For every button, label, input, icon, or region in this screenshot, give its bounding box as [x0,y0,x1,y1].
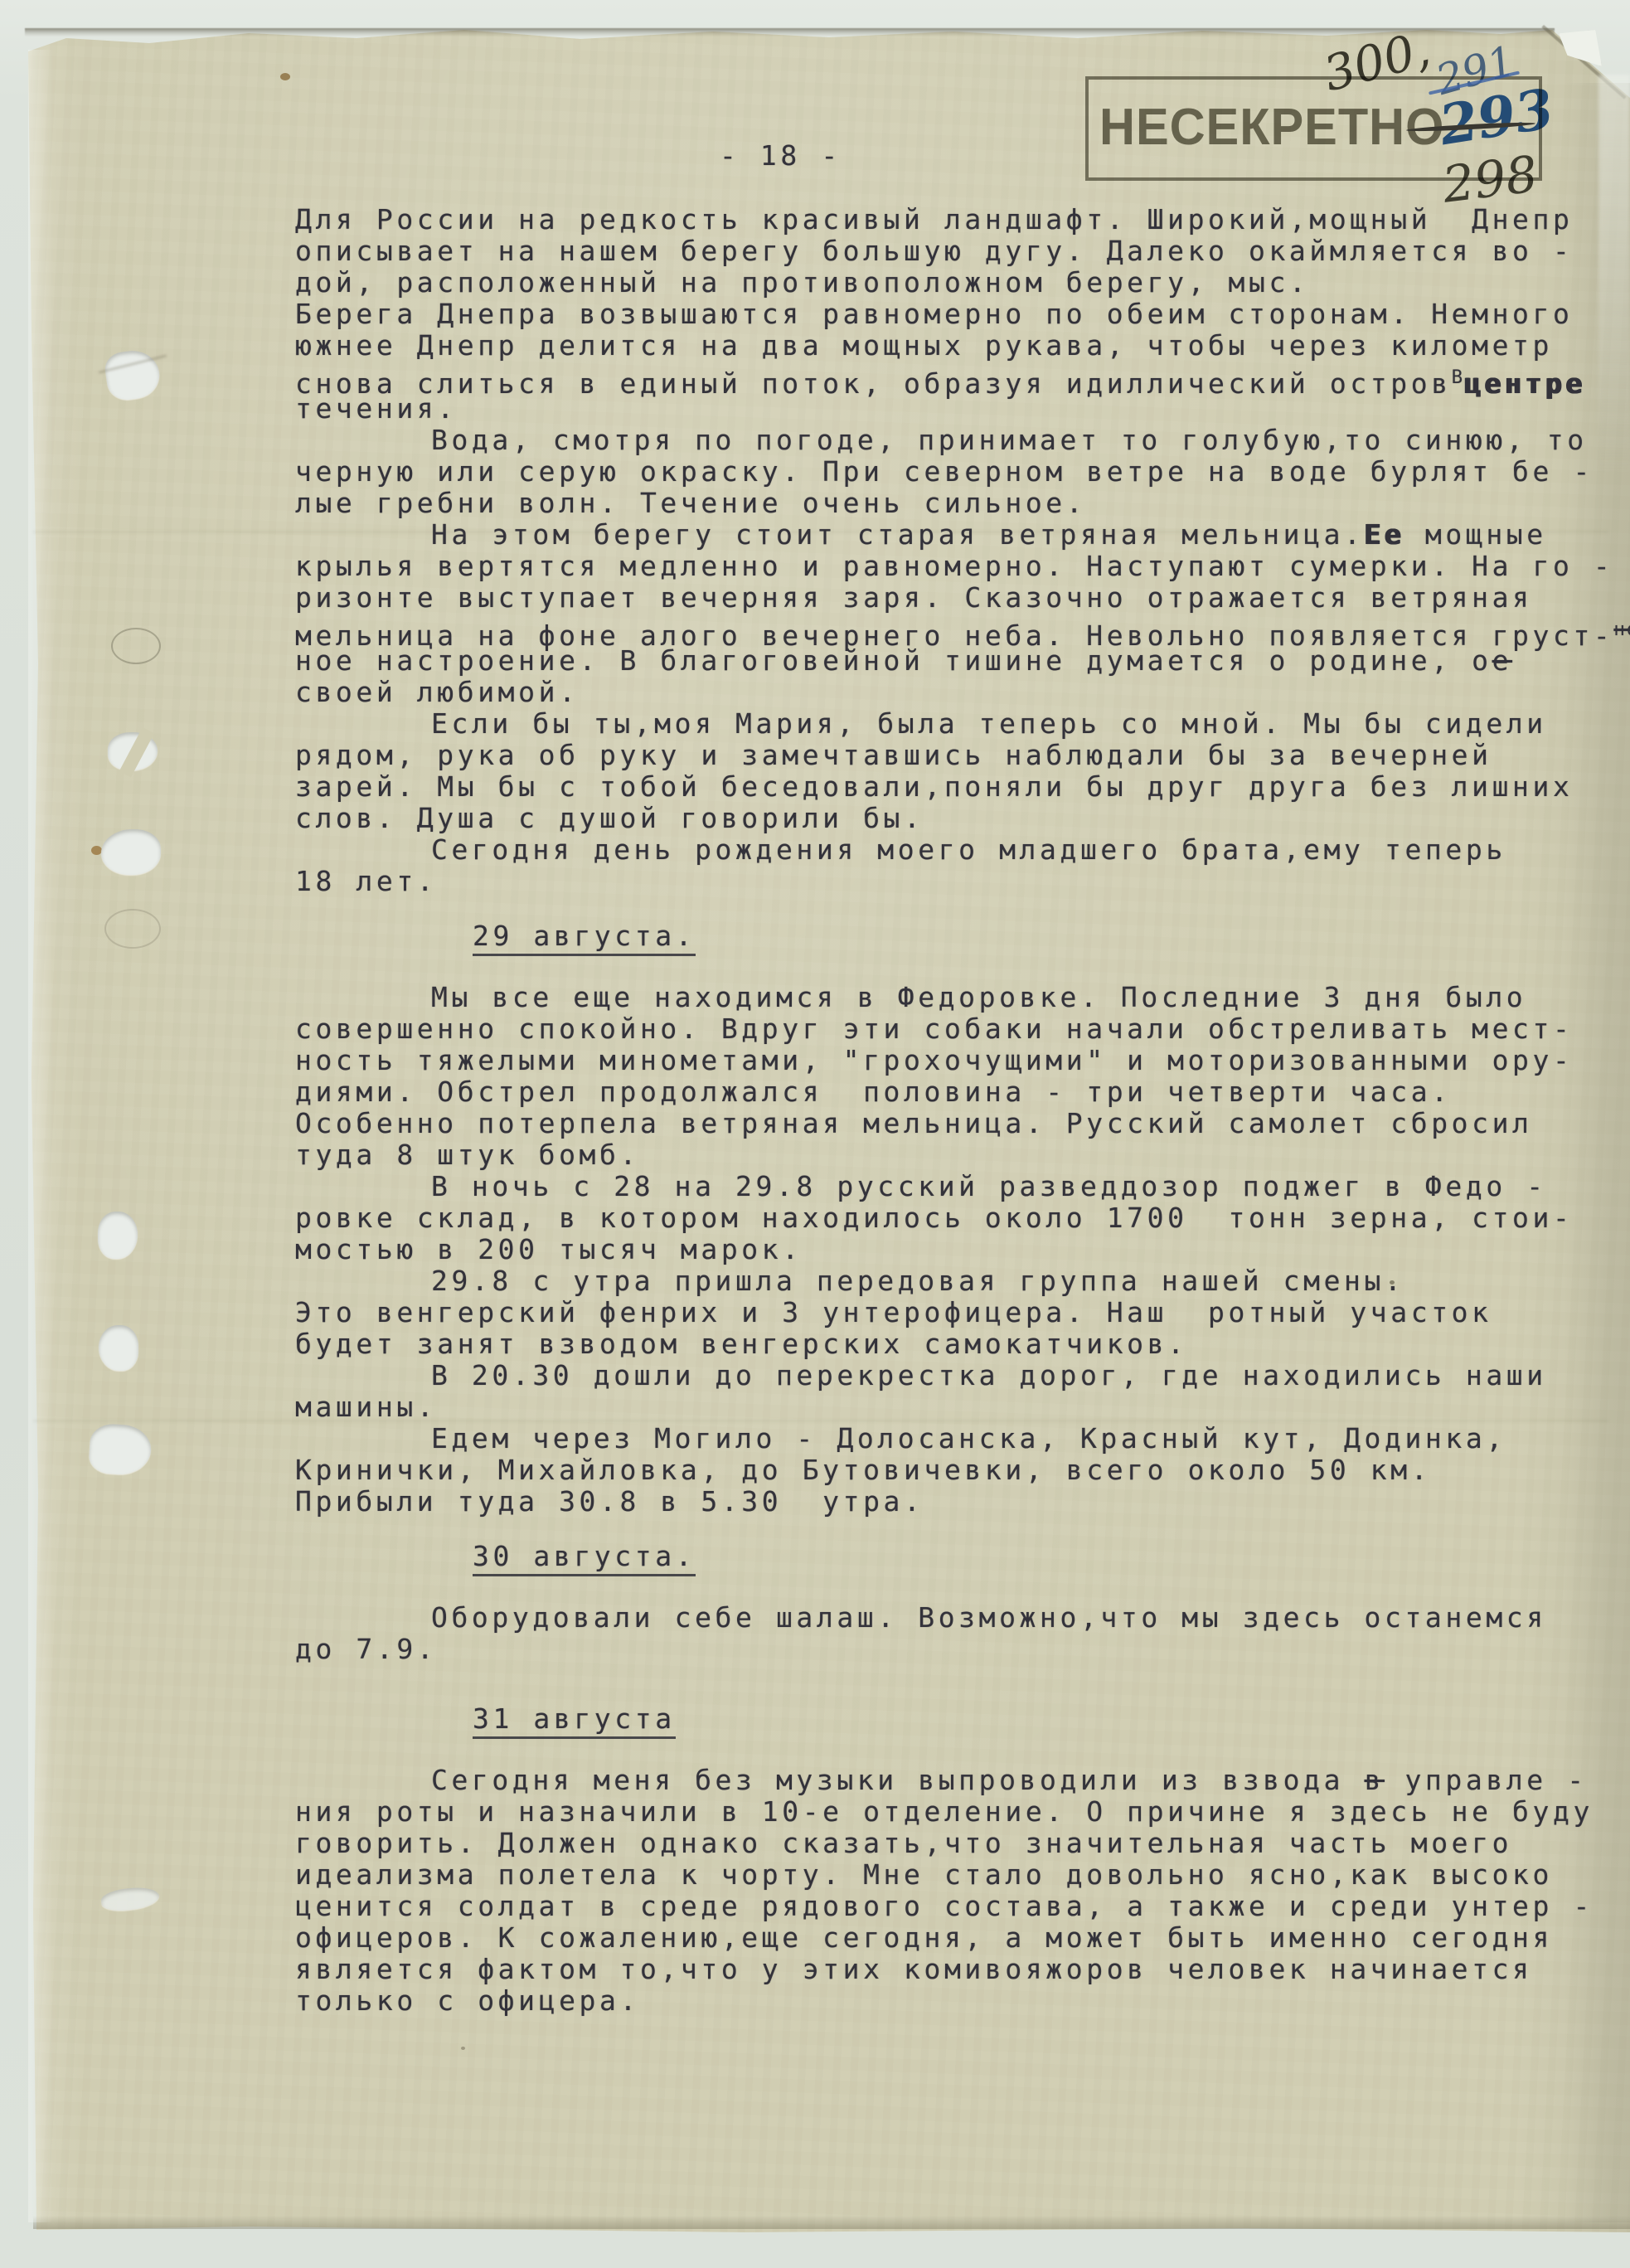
text-line: туда 8 штук бомб. [295,1139,1576,1171]
text-line: Кринички, Михайловка, до Бутовичевки, вс… [295,1455,1576,1486]
text-line: своей любимой. [295,677,1576,708]
text-line: диями. Обстрел продолжался половина - тр… [295,1076,1576,1108]
text-line: Для России на редкость красивый ландшафт… [295,204,1576,236]
text-line: 18 лет. [295,866,1576,897]
diary-date-heading: 29 августа. [473,920,1576,952]
text-line: до 7.9. [295,1634,1576,1665]
text-line: Едем через Могило - Долосанска, Красный … [295,1423,1576,1455]
punch-hole [99,1325,138,1371]
paper-stain [461,2047,465,2050]
text-line: Это венгерский фенрих и 3 унтерофицера. … [295,1297,1576,1328]
text-line: Вода, смотря по погоде, принимает то гол… [295,425,1576,456]
text-line: офицеров. К сожалению,еще сегодня, а мож… [295,1922,1576,1954]
text-line: мельница на фоне алого вечернего неба. Н… [295,614,1576,645]
right-edge-light-streak [1598,75,1630,473]
page-bottom-edge [33,2216,1630,2229]
text-line: Сегодня день рождения моего младшего бра… [295,834,1576,866]
punch-hole-ring [111,628,161,664]
text-line: Если бы ты,моя Мария, была теперь со мно… [295,708,1576,740]
scanned-document-page: - 18 - НЕСЕКРЕТНО 300, 291 293 298 Для Р… [0,0,1630,2268]
text-line: Оборудовали себе шалаш. Возможно,что мы … [295,1602,1576,1634]
text-line: машины. [295,1391,1576,1423]
text-line: совершенно спокойно. Вдруг эти собаки на… [295,1013,1576,1045]
text-line: В ночь с 28 на 29.8 русский разведдозор … [295,1171,1576,1202]
text-line: ценится солдат в среде рядового состава,… [295,1891,1576,1922]
text-line: описывает на нашем берегу большую дугу. … [295,236,1576,267]
text-line: крылья вертятся медленно и равномерно. Н… [295,551,1576,582]
text-line: На этом берегу стоит старая ветряная мел… [295,519,1576,551]
punch-hole [101,829,161,875]
text-line: зарей. Мы бы с тобой беседовали,поняли б… [295,771,1576,803]
text-line: только с офицера. [295,1985,1576,2017]
text-line: черную или серую окраску. При северном в… [295,456,1576,488]
text-line: ное настроение. В благоговейной тишине д… [295,645,1576,677]
text-line: ровке склад, в котором находилось около … [295,1202,1576,1234]
diary-date-heading: 30 августа. [473,1541,1576,1572]
torn-top-edge [25,28,1555,36]
text-line: слов. Душа с душой говорили бы. [295,803,1576,834]
text-line: рядом, рука об руку и замечтавшись наблю… [295,740,1576,771]
text-line: ризонте выступает вечерняя заря. Сказочн… [295,582,1576,614]
text-line: ния роты и назначили в 10-е отделение. О… [295,1796,1576,1828]
text-line: лые гребни волн. Течение очень сильное. [295,488,1576,519]
text-line: 29.8 с утра пришла передовая группа наше… [295,1265,1576,1297]
punch-hole-ring [104,909,161,949]
text-line: является фактом то,что у этих комивояжор… [295,1954,1576,1985]
page-number: - 18 - [720,139,842,172]
text-line: Мы все еще находимся в Федоровке. Послед… [295,982,1576,1013]
page-left-edge [28,50,53,2222]
text-line: Прибыли туда 30.8 в 5.30 утра. [295,1486,1576,1518]
text-line: мостью в 200 тысяч марок. [295,1234,1576,1265]
text-line: южнее Днепр делится на два мощных рукава… [295,330,1576,362]
text-line: Сегодня меня без музыки выпроводили из в… [295,1765,1576,1796]
text-line: дой, расположенный на противоположном бе… [295,267,1576,299]
text-line: идеализма полетела к чорту. Мне стало до… [295,1859,1576,1891]
text-line: В 20.30 дошли до перекрестка дорог, где … [295,1360,1576,1391]
text-line: ность тяжелыми минометами, "грохочущими"… [295,1045,1576,1076]
text-line: снова слиться в единый поток, образуя ид… [295,362,1576,393]
text-line: Особенно потерпела ветряная мельница. Ру… [295,1108,1576,1139]
diary-date-heading: 31 августа [473,1703,1576,1735]
text-line: будет занят взводом венгерских самокатчи… [295,1328,1576,1360]
typewritten-text-block: Для России на редкость красивый ландшафт… [295,204,1576,2017]
text-line: Берега Днепра возвышаются равномерно по … [295,299,1576,330]
paper-stain [280,73,290,80]
text-line: говорить. Должен однако сказать,что знач… [295,1828,1576,1859]
